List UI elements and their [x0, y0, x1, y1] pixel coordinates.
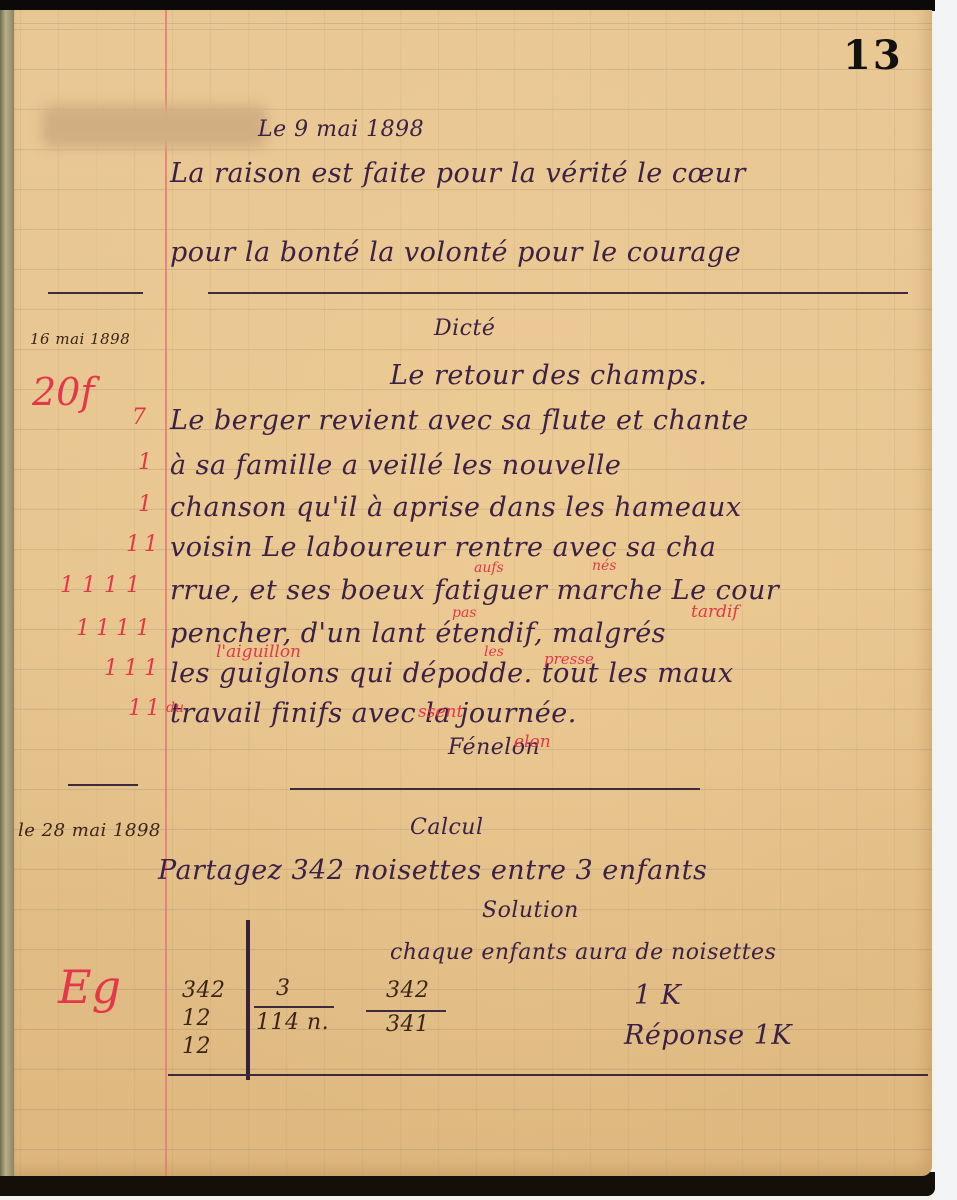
correction-les: les [484, 644, 504, 660]
dictation-line-3: chanson qu'il à aprise dans les hameaux [170, 492, 742, 523]
division-vertical-bar [246, 920, 250, 1080]
maxim-line-1: La raison est faite pour la vérité le cœ… [170, 158, 746, 189]
score-mark-5: 1111 [60, 573, 148, 598]
score-mark-4: 11 [126, 532, 162, 557]
division-step-1: 12 [182, 1006, 211, 1031]
correction-aiguillon: l'aiguillon [216, 642, 301, 662]
correction-aufs: aufs [474, 560, 504, 576]
calcul-problem: Partagez 342 noisettes entre 3 enfants [158, 855, 707, 886]
correction-du: du [166, 700, 184, 716]
dictation-line-2: à sa famille a veillé les nouvelle [170, 450, 621, 481]
correction-pas: pas [452, 605, 477, 621]
calcul-margin-grade: Eg [58, 960, 121, 1014]
correction-nes: nés [592, 558, 617, 574]
correction-presse: presse [544, 650, 594, 668]
solution-heading: Solution [482, 898, 579, 923]
calcul-answer: Réponse 1K [624, 1020, 792, 1051]
notebook-page: 13 Le 9 mai 1898 La raison est faite pou… [14, 10, 932, 1176]
calcul-result: 1 K [634, 980, 681, 1011]
score-mark-6: 1111 [76, 616, 156, 641]
page-number: 13 [843, 32, 903, 79]
dictation-title: Le retour des champs. [390, 360, 708, 391]
dictation-line-7: les guiglons qui dépodde. tout les maux [170, 658, 734, 689]
scan-right-margin [935, 0, 957, 1200]
check-bottom: 341 [386, 1012, 430, 1037]
divider-short-2 [68, 784, 138, 786]
dictation-line-8: travail finifs avec la journée. [170, 698, 577, 729]
correction-elon: elon [514, 732, 551, 752]
divider-short [48, 292, 143, 294]
division-divisor-line [254, 1006, 334, 1008]
notebook-binding [0, 10, 14, 1176]
dictation-line-4: voisin Le laboureur rentre avec sa cha [170, 532, 716, 563]
division-dividend: 342 [182, 978, 226, 1003]
division-divisor: 3 [276, 976, 291, 1001]
correction-ssent: ssent [418, 702, 463, 722]
calcul-margin-date: le 28 mai 1898 [18, 820, 161, 841]
calcul-heading: Calcul [410, 815, 484, 840]
dictation-grade: 20f [32, 370, 94, 414]
score-mark-3: 1 [138, 492, 152, 517]
blurred-name [42, 105, 267, 147]
maxim-line-2: pour la bonté la volonté pour le courage [170, 237, 741, 268]
dictation-line-5: rrue, et ses boeux fatiguer marche Le co… [170, 575, 779, 606]
dictation-line-1: Le berger revient avec sa flute et chant… [170, 405, 749, 436]
solution-statement: chaque enfants aura de noisettes [390, 940, 776, 965]
score-mark-2: 1 [138, 450, 152, 475]
red-margin-line [165, 10, 167, 1176]
division-step-2: 12 [182, 1034, 211, 1059]
dictation-margin-date: 16 mai 1898 [30, 330, 130, 348]
score-mark-1: 7 [132, 405, 146, 430]
correction-tardif: tardif [691, 602, 739, 622]
maxim-date: Le 9 mai 1898 [258, 117, 424, 142]
score-mark-7: 111 [104, 656, 164, 681]
check-top: 342 [386, 978, 430, 1003]
score-mark-8: 11 [128, 696, 164, 721]
division-quotient: 114 n. [256, 1010, 329, 1035]
dictation-heading: Dicté [434, 316, 495, 341]
divider-long [208, 292, 908, 294]
calcul-bottom-rule [168, 1074, 928, 1076]
divider-long-2 [290, 788, 700, 790]
